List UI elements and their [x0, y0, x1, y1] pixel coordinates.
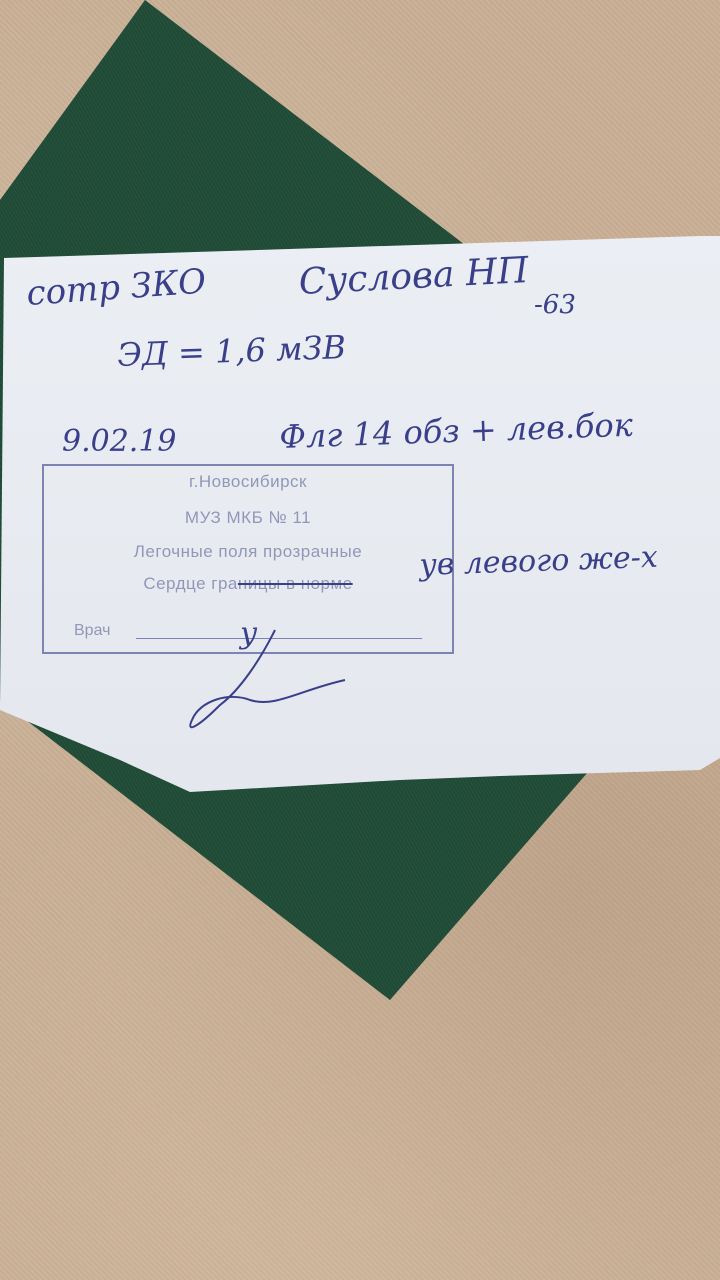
radiation-dose-text: ЭД = 1,6 мЗВ	[117, 328, 347, 374]
doctor-signature-icon	[180, 620, 360, 740]
stamp-organization: МУЗ МКБ № 11	[44, 508, 452, 528]
stamp-doctor-label: Врач	[74, 622, 110, 640]
stamp-city: г.Новосибирск	[44, 472, 452, 492]
stamp-heart-prefix: Сердце гра	[143, 574, 238, 593]
stamp-lungs-finding: Легочные поля прозрачные	[44, 542, 452, 562]
stamp-heart-struck: ницы в норме	[238, 574, 353, 593]
exam-date-text: 9.02.19	[62, 424, 177, 459]
birth-year-text: -63	[534, 290, 576, 320]
stamp-heart-finding: Сердце границы в норме	[44, 574, 452, 594]
